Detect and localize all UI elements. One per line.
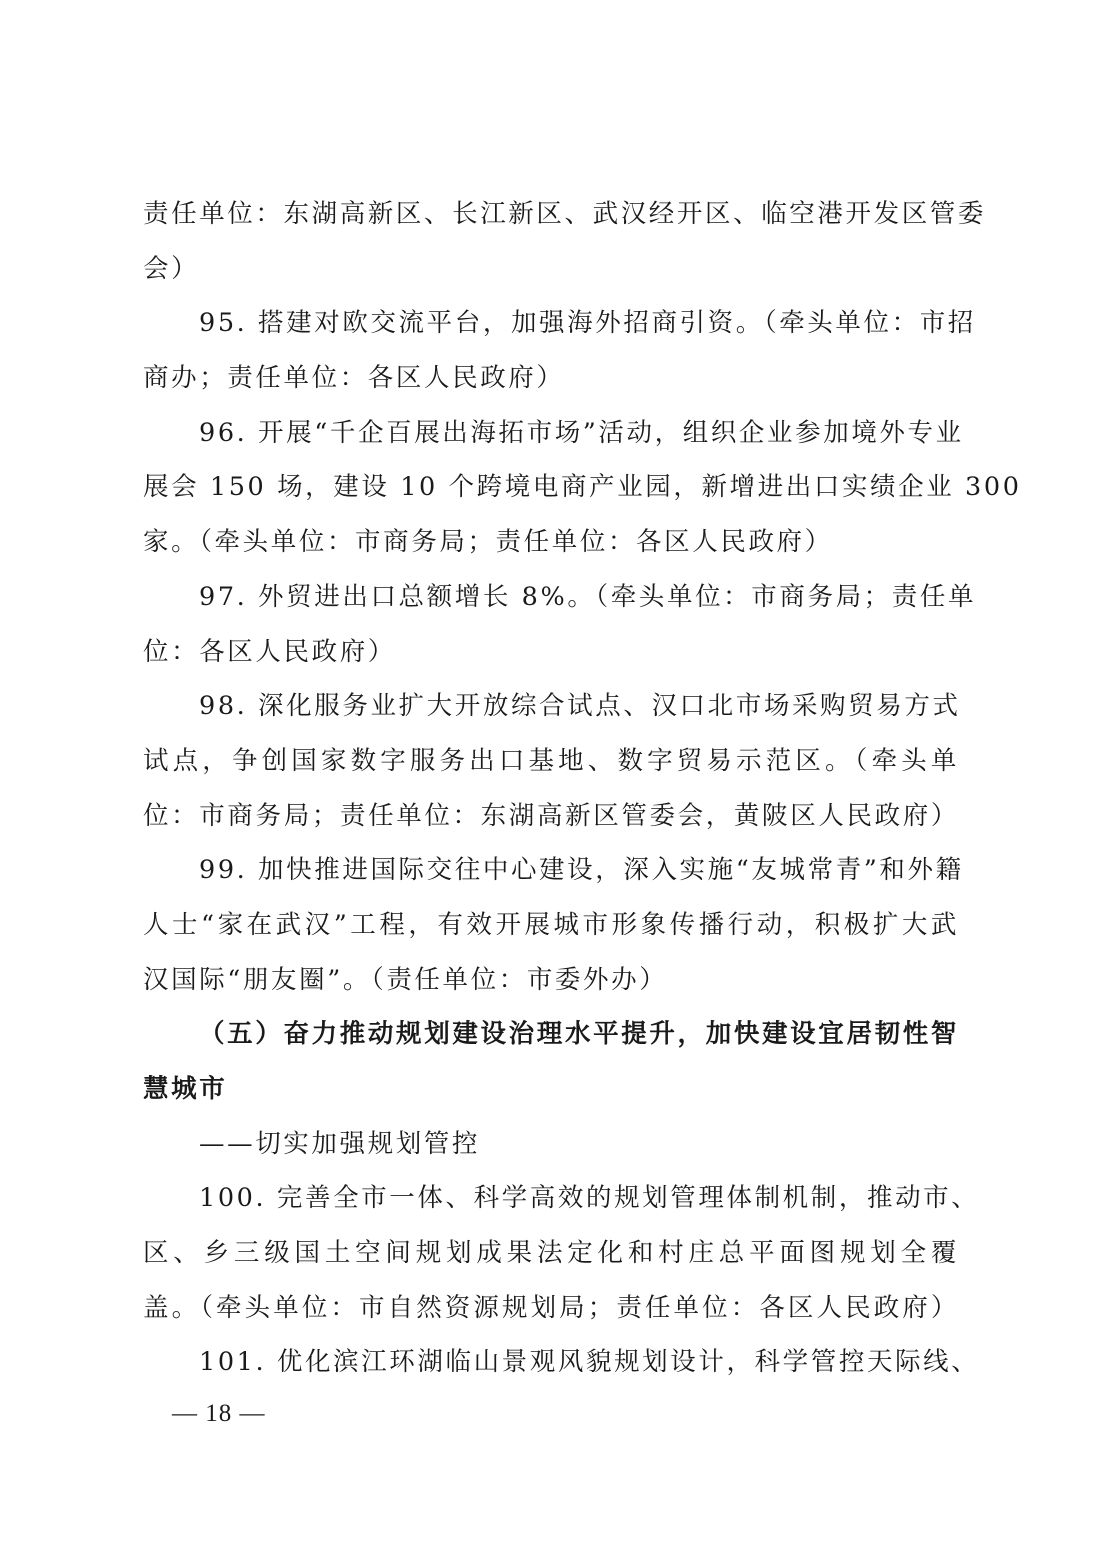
text-line: 位：市商务局；责任单位：东湖高新区管委会，黄陂区人民政府） bbox=[143, 789, 959, 844]
item-96-line: 96. 开展“千企百展出海拓市场”活动，组织企业参加境外专业 bbox=[143, 406, 959, 461]
section-heading: （五）奋力推动规划建设治理水平提升，加快建设宜居韧性智 bbox=[143, 1007, 959, 1062]
document-body: 责任单位：东湖高新区、长江新区、武汉经开区、临空港开发区管委 会） 95. 搭建… bbox=[143, 187, 959, 1390]
item-98-line: 98. 深化服务业扩大开放综合试点、汉口北市场采购贸易方式 bbox=[143, 679, 959, 734]
text-line: 位：各区人民政府） bbox=[143, 625, 959, 680]
item-99-line: 99. 加快推进国际交往中心建设，深入实施“友城常青”和外籍 bbox=[143, 843, 959, 898]
text-line: 责任单位：东湖高新区、长江新区、武汉经开区、临空港开发区管委 bbox=[143, 187, 959, 242]
item-101-line: 101. 优化滨江环湖临山景观风貌规划设计，科学管控天际线、 bbox=[143, 1335, 959, 1390]
text-line: 商办；责任单位：各区人民政府） bbox=[143, 351, 959, 406]
subsection-heading: ——切实加强规划管控 bbox=[143, 1117, 959, 1172]
text-line: 区、乡三级国土空间规划成果法定化和村庄总平面图规划全覆 bbox=[143, 1226, 959, 1281]
item-97-line: 97. 外贸进出口总额增长 8%。（牵头单位：市商务局；责任单 bbox=[143, 570, 959, 625]
text-line: 汉国际“朋友圈”。（责任单位：市委外办） bbox=[143, 953, 959, 1008]
text-line: 展会 150 场，建设 10 个跨境电商产业园，新增进出口实绩企业 300 bbox=[143, 460, 959, 515]
section-heading-continued: 慧城市 bbox=[143, 1062, 959, 1117]
text-line: 盖。（牵头单位：市自然资源规划局；责任单位：各区人民政府） bbox=[143, 1281, 959, 1336]
item-95-line: 95. 搭建对欧交流平台，加强海外招商引资。（牵头单位：市招 bbox=[143, 296, 959, 351]
text-line: 人士“家在武汉”工程，有效开展城市形象传播行动，积极扩大武 bbox=[143, 898, 959, 953]
text-line: 试点，争创国家数字服务出口基地、数字贸易示范区。（牵头单 bbox=[143, 734, 959, 789]
text-line: 会） bbox=[143, 242, 959, 297]
page-number: — 18 — bbox=[172, 1398, 266, 1430]
item-100-line: 100. 完善全市一体、科学高效的规划管理体制机制，推动市、 bbox=[143, 1171, 959, 1226]
text-line: 家。（牵头单位：市商务局；责任单位：各区人民政府） bbox=[143, 515, 959, 570]
